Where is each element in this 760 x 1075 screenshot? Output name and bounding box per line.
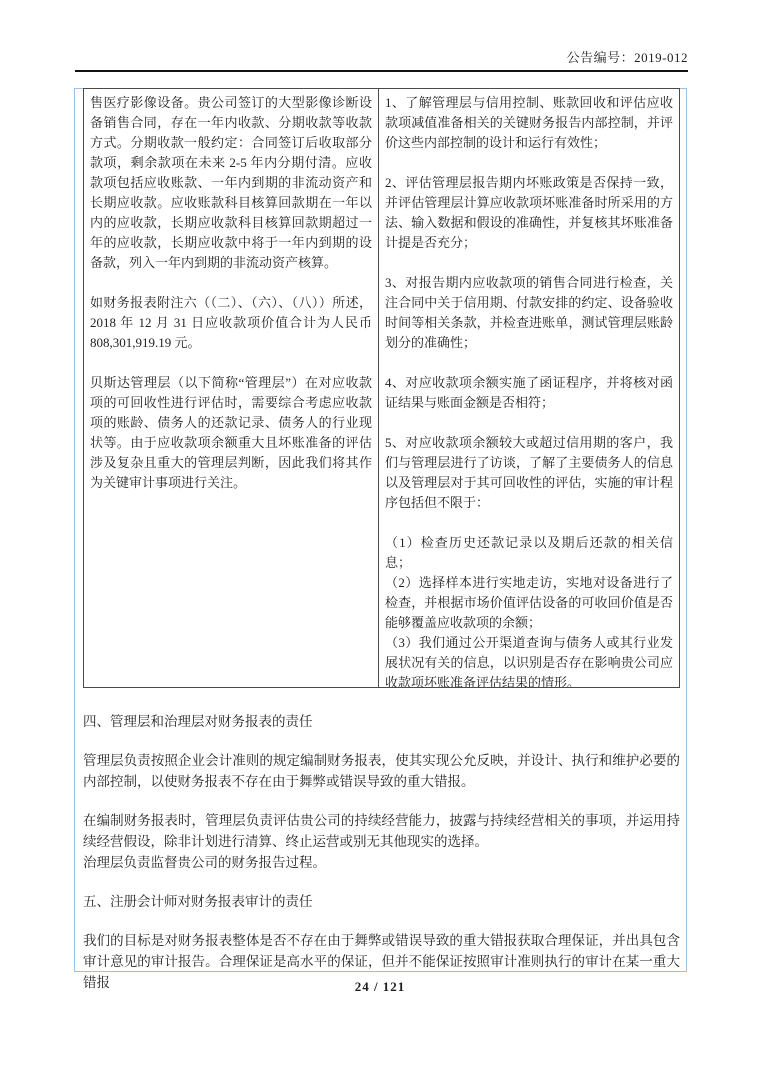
kam-right-procedure-5: 5、对应收款项余额较大或超过信用期的客户，我们与管理层进行了访谈，了解了主要债务…	[385, 433, 673, 513]
kam-left-paragraph-3: 贝斯达管理层（以下简称“管理层”）在对应收款项的可回收性进行评估时，需要综合考虑…	[90, 373, 372, 493]
kam-table-right-column: 1、了解管理层与信用控制、账款回收和评估应收款项减值准备相关的关键财务报告内部控…	[379, 89, 679, 687]
notice-number-label: 公告编号：2019-012	[0, 47, 688, 66]
section-4-paragraph-1: 管理层负责按照企业会计准则的规定编制财务报表，使其实现公允反映，并设计、执行和维…	[83, 750, 680, 792]
kam-right-subitem-2: （2）选择样本进行实地走访，实地对设备进行了检查，并根据市场价值评估设备的可收回…	[385, 573, 673, 633]
kam-right-procedure-3: 3、对报告期内应收款项的销售合同进行检查，关注合同中关于信用期、付款安排的约定、…	[385, 273, 673, 353]
kam-right-procedure-4: 4、对应收款项余额实施了函证程序，并将核对函证结果与账面金额是否相符；	[385, 373, 673, 413]
kam-table-left-column: 售医疗影像设备。贵公司签订的大型影像诊断设备销售合同，存在一年内收款、分期收款等…	[84, 89, 379, 687]
kam-right-procedure-1: 1、了解管理层与信用控制、账款回收和评估应收款项减值准备相关的关键财务报告内部控…	[385, 93, 673, 153]
section-5-heading: 五、注册会计师对财务报表审计的责任	[83, 891, 680, 912]
kam-left-paragraph-1: 售医疗影像设备。贵公司签订的大型影像诊断设备销售合同，存在一年内收款、分期收款等…	[90, 93, 372, 273]
responsibility-sections: 四、管理层和治理层对财务报表的责任 管理层负责按照企业会计准则的规定编制财务报表…	[83, 687, 680, 993]
section-4-heading: 四、管理层和治理层对财务报表的责任	[83, 711, 680, 732]
key-audit-matter-table: 售医疗影像设备。贵公司签订的大型影像诊断设备销售合同，存在一年内收款、分期收款等…	[83, 88, 680, 688]
kam-right-subitem-1: （1）检查历史还款记录以及期后还款的相关信息；	[385, 533, 673, 573]
header-divider-rule	[75, 70, 688, 72]
kam-right-subitem-3: （3）我们通过公开渠道查询与债务人或其行业发展状况有关的信息，以识别是否存在影响…	[385, 633, 673, 687]
section-4-paragraph-3: 治理层负责监督贵公司的财务报告过程。	[83, 852, 680, 873]
section-4-paragraph-2: 在编制财务报表时，管理层负责评估贵公司的持续经营能力，披露与持续经营相关的事项，…	[83, 810, 680, 852]
page-number: 24 / 121	[0, 979, 760, 995]
page-content-border-box: 售医疗影像设备。贵公司签订的大型影像诊断设备销售合同，存在一年内收款、分期收款等…	[74, 88, 687, 972]
kam-right-procedure-2: 2、评估管理层报告期内坏账政策是否保持一致，并评估管理层计算应收款项坏账准备时所…	[385, 173, 673, 253]
kam-left-paragraph-2: 如财务报表附注六（（二）、（六）、（八））所述，2018 年 12 月 31 日…	[90, 293, 372, 353]
